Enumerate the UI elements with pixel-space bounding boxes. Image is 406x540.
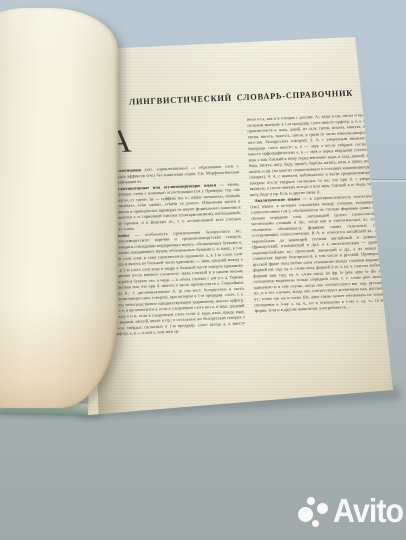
page-title: ЛИНГВИСТИЧЕСКИЙ СЛОВАРЬ-СПРАВОЧНИК	[97, 86, 384, 108]
entry-continuation: ично от а, как и в говорах с диссим. А.;…	[247, 112, 381, 198]
entry-text: — в противоположность синтетическим (см.…	[250, 193, 385, 313]
left-column: А Агглютинация (лат. «приклеивание») — о…	[106, 117, 247, 380]
dictionary-entry: Аналитические языки — в противоположност…	[250, 193, 386, 314]
dictionary-entry: Агглютинативные или агглютинирующие язык…	[109, 181, 242, 232]
left-column-text: Агглютинация (лат. «приклеивание») — обр…	[108, 163, 246, 337]
section-letter: А	[107, 121, 238, 159]
book-photo: ЛИНГВИСТИЧЕСКИЙ СЛОВАРЬ-СПРАВОЧНИК А Агг…	[0, 0, 406, 540]
right-column-text: ично от а, как и в говорах с диссим. А.;…	[247, 112, 386, 314]
left-page-curl	[0, 8, 118, 408]
avito-watermark: Avito	[298, 494, 406, 530]
page-content: ЛИНГВИСТИЧЕСКИЙ СЛОВАРЬ-СПРАВОЧНИК А Агг…	[91, 34, 402, 424]
dictionary-entry: Аканье — особенность произношения белору…	[110, 228, 245, 337]
right-page: ЛИНГВИСТИЧЕСКИЙ СЛОВАРЬ-СПРАВОЧНИК А Агг…	[80, 30, 400, 422]
right-column: ично от а, как и в говорах с диссим. А.;…	[247, 112, 388, 375]
avito-logo-icon	[298, 494, 330, 530]
avito-wordmark: Avito	[333, 494, 403, 528]
entry-text: — особенность произношения белорусского …	[111, 228, 246, 336]
text-columns: А Агглютинация (лат. «приклеивание») — о…	[94, 111, 400, 381]
